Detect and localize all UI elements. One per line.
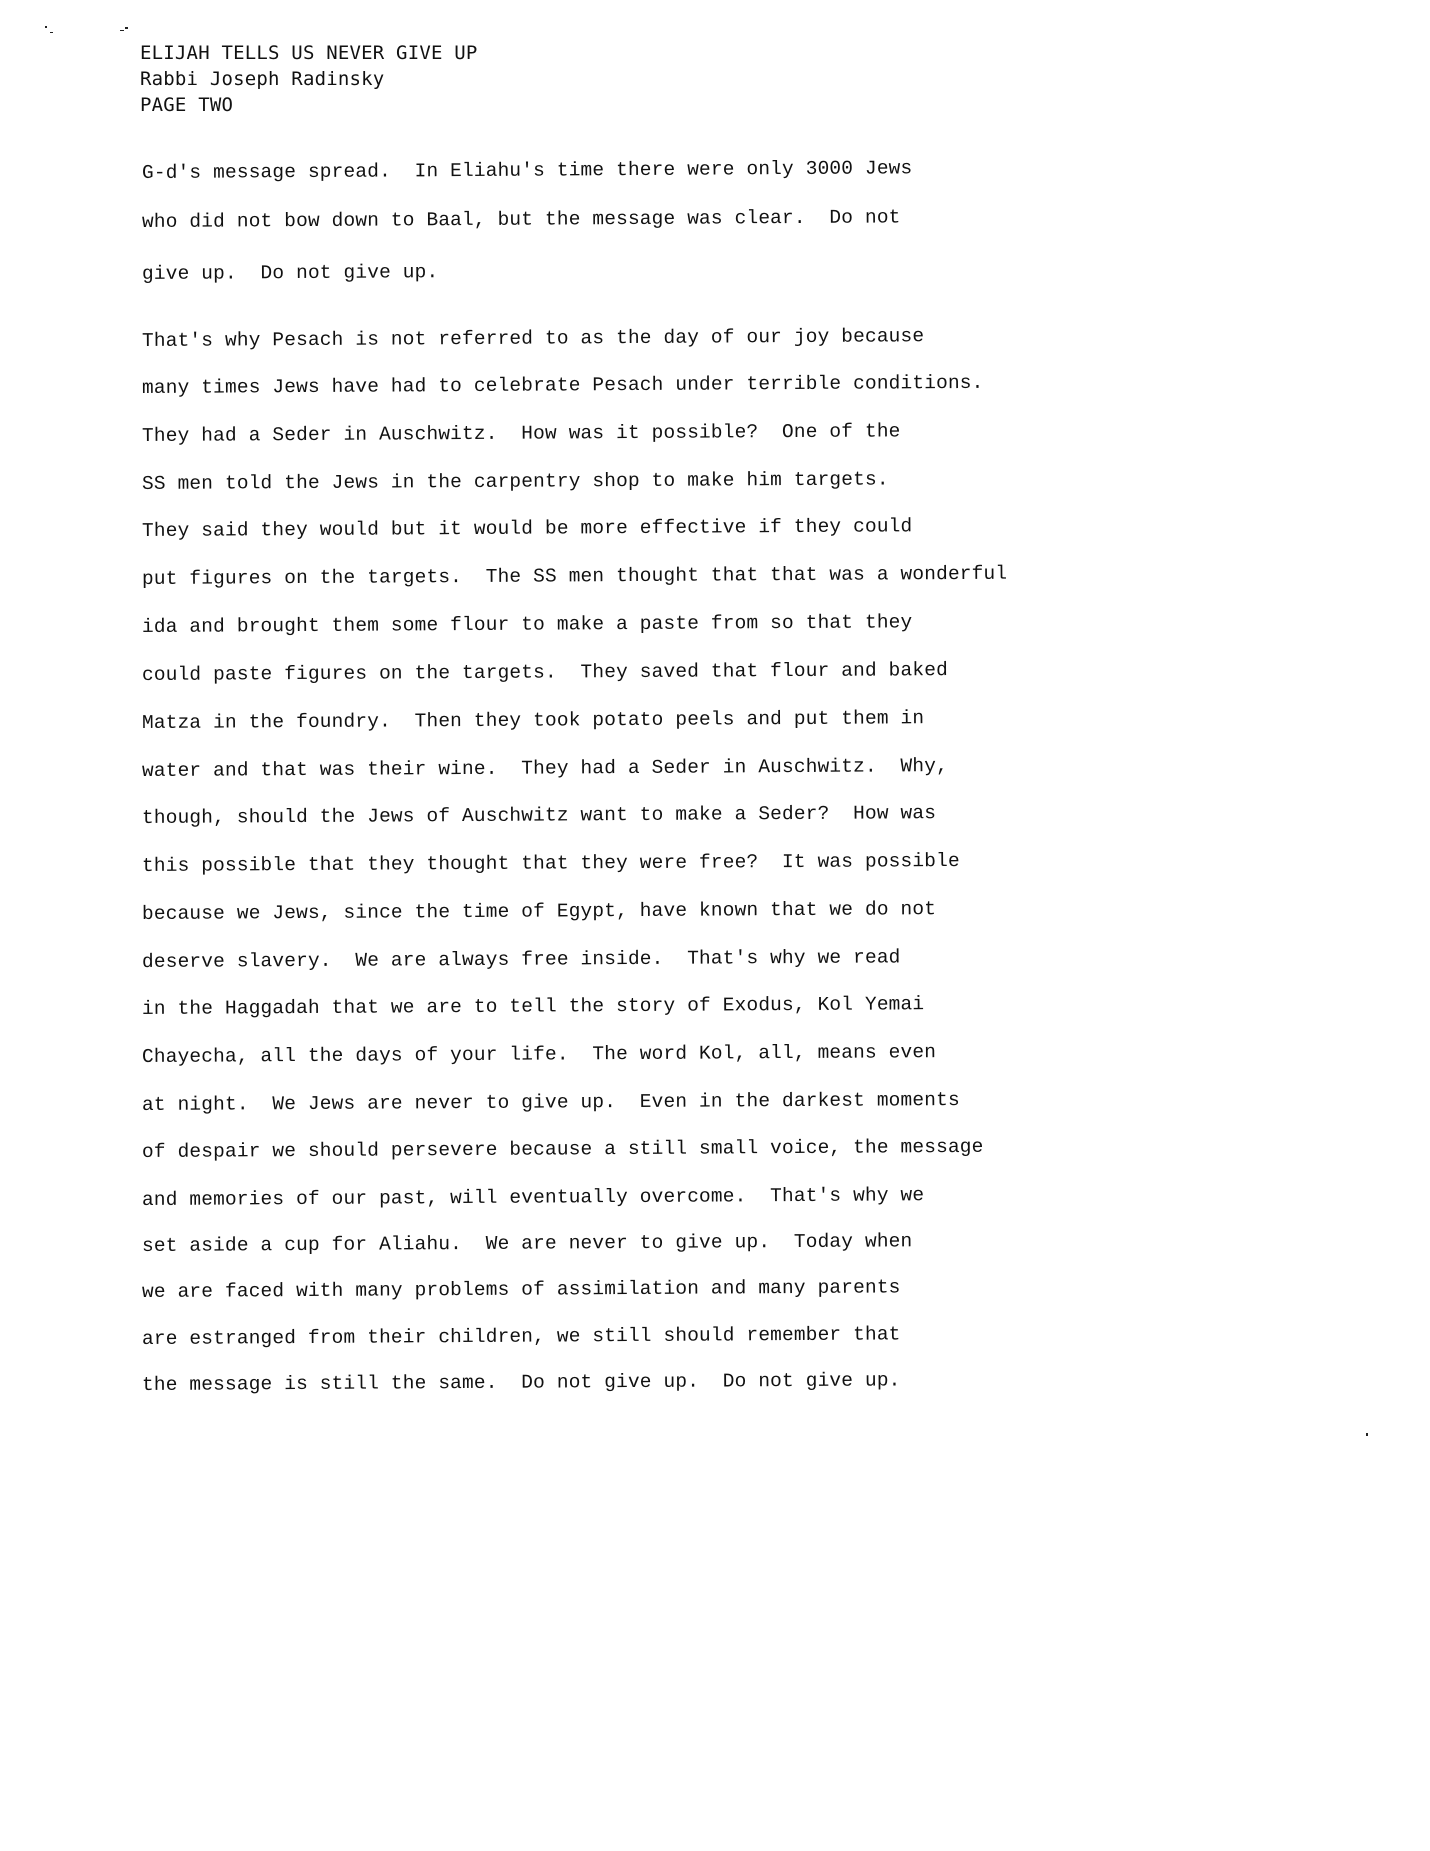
text-line: put figures on the targets. The SS men t… [142,559,1007,594]
document-header: ELIJAH TELLS US NEVER GIVE UP Rabbi Jose… [140,40,478,118]
text-line: and memories of our past, will eventuall… [142,1180,924,1215]
text-line: ida and brought them some flour to make … [142,607,913,642]
text-line: the message is still the same. Do not gi… [142,1365,901,1400]
text-line: who did not bow down to Baal, but the me… [142,202,901,237]
scan-speck [125,27,128,29]
text-line: could paste figures on the targets. They… [142,655,948,690]
text-line: though, should the Jews of Auschwitz wan… [142,798,936,833]
text-line: many times Jews have had to celebrate Pe… [142,368,984,403]
text-line: That's why Pesach is not referred to as … [142,321,924,356]
text-line: They had a Seder in Auschwitz. How was i… [142,416,901,451]
text-line: of despair we should persevere because a… [142,1132,984,1167]
text-line: give up. Do not give up. [142,257,438,289]
text-line: in the Haggadah that we are to tell the … [142,989,924,1024]
scan-speck [50,32,53,33]
text-line: set aside a cup for Aliahu. We are never… [142,1226,913,1261]
text-line: They said they would but it would be mor… [142,511,913,546]
scan-speck [120,30,124,31]
text-line: SS men told the Jews in the carpentry sh… [142,464,889,499]
text-line: Chayecha, all the days of your life. The… [142,1037,936,1072]
text-line: we are faced with many problems of assim… [142,1272,901,1307]
text-line: this possible that they thought that the… [142,846,960,881]
text-line: at night. We Jews are never to give up. … [142,1085,960,1120]
page-label: PAGE TWO [140,92,478,118]
scan-speck [45,26,47,28]
document-author: Rabbi Joseph Radinsky [140,66,478,92]
text-line: are estranged from their children, we st… [142,1319,901,1354]
document-title: ELIJAH TELLS US NEVER GIVE UP [140,40,478,66]
text-line: Matza in the foundry. Then they took pot… [142,703,924,738]
scanned-page: ELIJAH TELLS US NEVER GIVE UP Rabbi Jose… [0,0,1430,1851]
text-line: because we Jews, since the time of Egypt… [142,894,936,929]
scan-speck [1366,1433,1368,1436]
text-line: deserve slavery. We are always free insi… [142,942,901,977]
text-line: G-d's message spread. In Eliahu's time t… [142,153,913,188]
text-line: water and that was their wine. They had … [142,751,948,786]
